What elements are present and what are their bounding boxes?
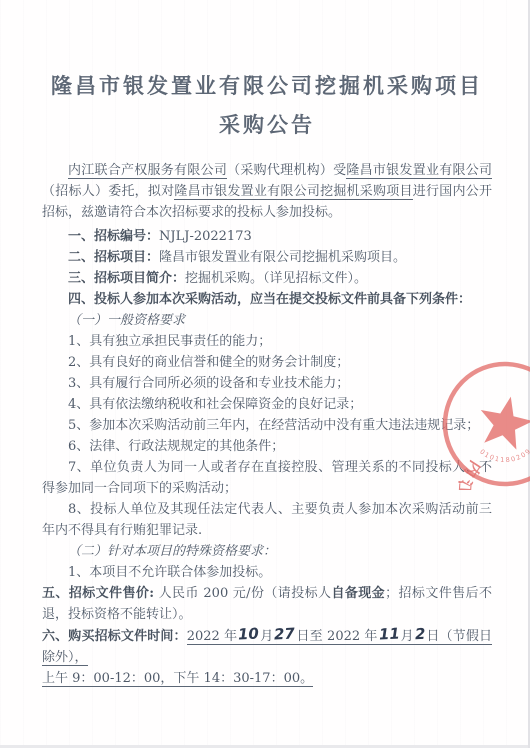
purchase-time-hours: 上午 9：00-12：00，下午 14：30-17：00。 [42, 668, 492, 689]
general-req-8: 8、投标人单位及其现任法定代表人、主要负责人参加本次采购活动前三年内不得具有行贿… [42, 499, 492, 541]
title-line-2: 采购公告 [42, 105, 492, 144]
item-bid-project: 二、招标项目：隆昌市银发置业有限公司挖掘机采购项目。 [42, 247, 492, 268]
date-seg-1: 2022 年 [187, 629, 238, 644]
intro-text-2: （招标人）委托，拟对 [42, 184, 174, 199]
handwritten-day-2: 2 [413, 624, 427, 646]
scanned-announcement-page: 隆昌市银发置业有限公司挖掘机采购项目 采购公告 内江联合产权服务有限公司（采购代… [0, 0, 530, 748]
handwritten-month-2: 11 [377, 623, 401, 645]
intro-paragraph: 内江联合产权服务有限公司（采购代理机构）受隆昌市银发置业有限公司（招标人）委托，… [42, 160, 492, 223]
bid-number-value: NJLJ-2022173 [159, 229, 252, 244]
agency-name: 内江联合产权服务有限公司 [68, 163, 227, 179]
item-document-price: 五、招标文件售价: 人民币 200 元/份（请投标人自备现金；招标文件售后不退，… [42, 583, 492, 625]
purchase-time-label: 六、购买招标文件时间： [42, 629, 187, 644]
project-brief-value: 挖掘机采购。（详见招标文件）。 [185, 271, 367, 286]
tenderee-name: 隆昌市银发置业有限公司 [346, 163, 492, 179]
handwritten-day-1: 27 [273, 623, 297, 645]
general-req-2: 2、具有良好的商业信誉和健全的财务会计制度； [42, 352, 492, 373]
general-req-6: 6、法律、行政法规规定的其他条件； [42, 436, 492, 457]
section-general-requirements: （一）一般资格要求 [42, 310, 492, 331]
general-req-3: 3、具有履行合同所必须的设备和专业技术能力； [42, 373, 492, 394]
title-line-1: 隆昌市银发置业有限公司挖掘机采购项目 [42, 66, 492, 105]
item-project-brief: 三、招标项目简介：挖掘机采购。（详见招标文件）。 [42, 268, 492, 289]
bid-number-label: 一、招标编号： [68, 229, 159, 244]
project-brief-label: 三、招标项目简介： [68, 271, 185, 286]
date-seg-3: 日至 2022 年 [296, 629, 377, 644]
bid-project-label: 二、招标项目： [68, 250, 159, 265]
section-special-requirements: （二）针对本项目的特殊资格要求： [42, 541, 492, 562]
general-req-4: 4、具有依法缴纳税收和社会保障资金的良好记录； [42, 394, 492, 415]
item-bid-number: 一、招标编号：NJLJ-2022173 [42, 226, 492, 247]
document-price-label: 五、招标文件售价: [42, 586, 154, 601]
document-title: 隆昌市银发置业有限公司挖掘机采购项目 采购公告 [42, 66, 492, 144]
general-req-1: 1、具有独立承担民事责任的能力； [42, 331, 492, 352]
item-bidder-conditions: 四、投标人参加本次采购活动，应当在提交投标文件前具备下列条件： [42, 289, 492, 310]
handwritten-month-1: 10 [237, 623, 261, 645]
bid-project-value: 隆昌市银发置业有限公司挖掘机采购项目。 [159, 250, 406, 265]
general-req-7: 7、单位负责人为同一人或者存在直接控股、管理关系的不同投标人，不得参加同一合同项… [42, 457, 492, 499]
document-content: 隆昌市银发置业有限公司挖掘机采购项目 采购公告 内江联合产权服务有限公司（采购代… [0, 66, 530, 689]
document-price-bold: 自备现金 [331, 586, 385, 601]
document-price-text-1: 人民币 200 元/份（请投标人 [159, 586, 332, 601]
purchase-hours-text: 上午 9：00-12：00，下午 14：30-17：00。 [42, 671, 313, 687]
special-req-1: 1、本项目不允许联合体参加投标。 [42, 562, 492, 583]
project-name: 隆昌市银发置业有限公司挖掘机采购项目 [174, 184, 412, 200]
date-seg-4: 月 [400, 629, 413, 644]
general-req-5: 5、参加本次采购活动前三年内，在经营活动中没有重大违法违规记录； [42, 415, 492, 436]
item-purchase-time: 六、购买招标文件时间：2022 年10月27日至 2022 年11月2日（节假日… [42, 625, 492, 668]
intro-text-1: （采购代理机构）受 [227, 163, 346, 178]
date-seg-2: 月 [260, 629, 273, 644]
